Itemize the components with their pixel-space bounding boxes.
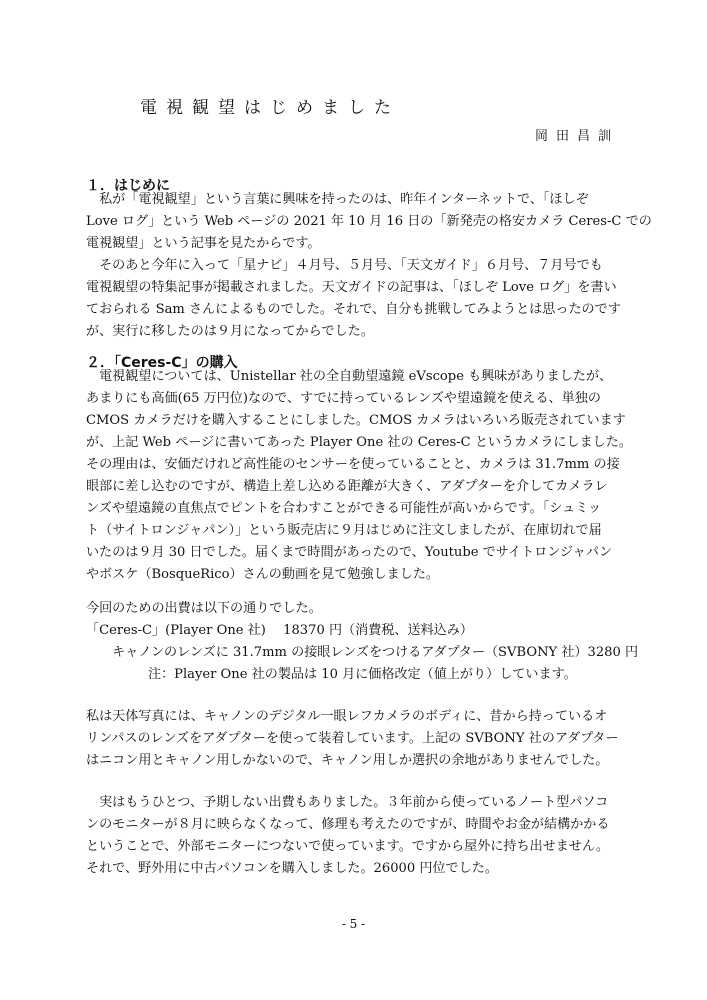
author-name: 岡田昌訓 bbox=[535, 125, 619, 144]
paragraph: 私は天体写真には、キャノンのデジタル一眼レフカメラのボディに、昔から持っているオ… bbox=[86, 706, 626, 772]
text-line: 電視観望の特集記事が掲載されました。天文ガイドの記事は、「ほしぞ Love ログ… bbox=[86, 277, 626, 299]
text-line: 眼部に差し込むのですが、構造上差し込める距離が大きく、アダプターを介してカメラレ bbox=[86, 476, 626, 498]
text-line: リンパスのレンズをアダプターを使って装着しています。上記の SVBONY 社のア… bbox=[86, 728, 626, 750]
paragraph: 電視観望については、Unistellar 社の全自動望遠鏡 eVscope も興… bbox=[86, 366, 626, 586]
text-line: ト（サイトロンジャパン）」という販売店に９月はじめに注文しましたが、在庫切れで届 bbox=[86, 520, 626, 542]
expense-intro: 今回のための出費は以下の通りでした。 bbox=[86, 598, 626, 620]
text-line: Love ログ」という Web ページの 2021 年 10 月 16 日の「新… bbox=[86, 211, 626, 233]
text-line: 電視観望」という記事を見たからです。 bbox=[86, 233, 626, 255]
text-line: やボスケ（BosqueRico）さんの動画を見て勉強しました。 bbox=[86, 564, 626, 586]
text-line: 私は天体写真には、キャノンのデジタル一眼レフカメラのボディに、昔から持っているオ bbox=[86, 706, 626, 728]
text-line: 私が「電視観望」という言葉に興味を持ったのは、昨年インターネットで、「ほしぞ bbox=[86, 189, 626, 211]
text-line: ておられる Sam さんによるものでした。それで、自分も挑戦してみようとは思った… bbox=[86, 299, 626, 321]
text-line: CMOS カメラだけを購入することにしました。CMOS カメラはいろいろ販売され… bbox=[86, 410, 626, 432]
paragraph: 実はもうひとつ、予期しない出費もありました。３年前から使っているノート型パソコ … bbox=[86, 792, 626, 880]
text-line: ということで、外部モニターにつないで使っています。ですから屋外に持ち出せません。 bbox=[86, 836, 626, 858]
text-line: 電視観望については、Unistellar 社の全自動望遠鏡 eVscope も興… bbox=[86, 366, 626, 388]
document-page: 電視観望はじめました 岡田昌訓 １．はじめに 私が「電視観望」という言葉に興味を… bbox=[0, 0, 707, 1000]
expense-item: 「Ceres-C」(Player One 社) 18370 円（消費税、送料込み… bbox=[86, 620, 626, 642]
text-line: そのあと今年に入って「星ナビ」４月号、５月号、「天文ガイド」６月号、７月号でも bbox=[86, 255, 626, 277]
text-line: あまりにも高価(65 万円位)なので、すでに持っているレンズや望遠鏡を使える、単… bbox=[86, 388, 626, 410]
paragraph: 私が「電視観望」という言葉に興味を持ったのは、昨年インターネットで、「ほしぞ L… bbox=[86, 189, 626, 255]
document-title: 電視観望はじめました bbox=[140, 93, 400, 118]
expense-item: キャノンのレンズに 31.7mm の接眼レンズをつけるアダプター（SVBONY … bbox=[86, 642, 626, 664]
paragraph: そのあと今年に入って「星ナビ」４月号、５月号、「天文ガイド」６月号、７月号でも … bbox=[86, 255, 626, 343]
text-line: ンのモニターが８月に映らなくなって、修理も考えたのですが、時間やお金が結構かかる bbox=[86, 814, 626, 836]
text-line: いたのは９月 30 日でした。届くまで時間があったので、Youtube でサイト… bbox=[86, 542, 626, 564]
page-number: - 5 - bbox=[0, 917, 707, 931]
text-line: それで、野外用に中古パソコンを購入しました。26000 円位でした。 bbox=[86, 858, 626, 880]
text-line: その理由は、安価だけれど高性能のセンサーを使っていることと、カメラは 31.7m… bbox=[86, 454, 626, 476]
text-line: が、実行に移したのは９月になってからでした。 bbox=[86, 321, 626, 343]
text-line: 実はもうひとつ、予期しない出費もありました。３年前から使っているノート型パソコ bbox=[86, 792, 626, 814]
text-line: が、上記 Web ページに書いてあった Player One 社の Ceres-… bbox=[86, 432, 626, 454]
text-line: はニコン用とキャノン用しかないので、キャノン用しか選択の余地がありませんでした。 bbox=[86, 750, 626, 772]
text-line: ンズや望遠鏡の直焦点でピントを合わすことができる可能性が高いからです。「シュミッ bbox=[86, 498, 626, 520]
expense-list: 今回のための出費は以下の通りでした。 「Ceres-C」(Player One … bbox=[86, 598, 626, 686]
expense-note: 注：Player One 社の製品は 10 月に価格改定（値上がり）しています。 bbox=[86, 664, 626, 686]
